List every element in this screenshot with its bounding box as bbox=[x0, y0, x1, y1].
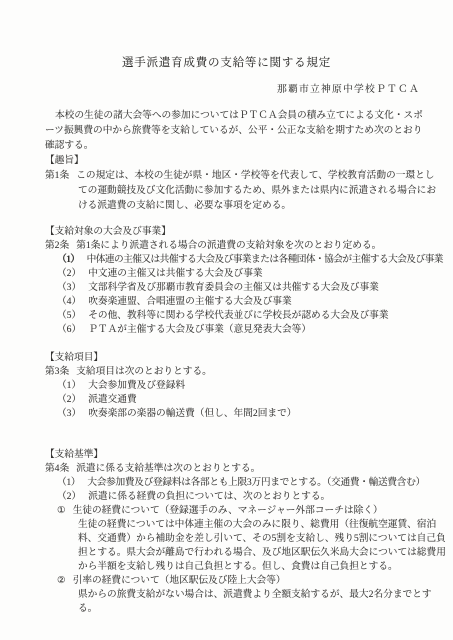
item-text: 派遣交通費 bbox=[88, 394, 136, 405]
item-text: 中文連の主催又は共催する大会及び事業 bbox=[88, 268, 262, 279]
item-text: 文部科学省及び那覇市教育委員会の主催又は共催する大会及び事業 bbox=[88, 282, 379, 293]
sub-clause-student-expenses: ①生徒の経費について（登録選手のみ、マネージャー外部コーチは除く） 生徒の経費に… bbox=[57, 504, 453, 574]
article-3-number: 第3条 bbox=[45, 366, 69, 377]
list-item: （2）派遣に係る経費の負担については、次のとおりとする。 bbox=[57, 490, 453, 504]
list-item: （6）ＰＴＡが主催する大会及び事業（意見発表大会等） bbox=[57, 323, 453, 337]
list-item: （5）その他、教科等に関わる学校代表並びに学校長が認める大会及び事業 bbox=[57, 309, 453, 323]
list-item: （2）派遣交通費 bbox=[57, 393, 453, 407]
sub-clause-head: ②引率の経費について（地区駅伝及び陸上大会等） bbox=[57, 574, 453, 588]
sub-clause-number: ② bbox=[57, 575, 66, 586]
article-3: 第3条支給項目は次のとおりとする。 bbox=[45, 365, 438, 379]
list-item: （1）大会参加費及び登録料は各部とも上限3万円までとする。（交通費・輸送費含む） bbox=[57, 476, 453, 490]
list-item: （4）吹奏楽連盟、合唱連盟の主催する大会及び事業 bbox=[57, 295, 453, 309]
item-number: （2） bbox=[57, 394, 81, 405]
item-number: （6） bbox=[57, 324, 81, 335]
article-3-text: 支給項目は次のとおりとする。 bbox=[76, 366, 212, 377]
item-text: ＰＴＡが主催する大会及び事業（意見発表大会等） bbox=[88, 324, 311, 335]
article-2-text: 第1条により派遣される場合の派遣費の支給対象を次のとおり定める。 bbox=[76, 240, 381, 251]
article-2: 第2条第1条により派遣される場合の派遣費の支給対象を次のとおり定める。 bbox=[45, 239, 438, 253]
item-text: 大会参加費及び登録料 bbox=[88, 380, 185, 391]
item-number: （1） bbox=[57, 380, 81, 391]
document-title: 選手派遣育成費の支給等に関する規定 bbox=[0, 54, 453, 70]
article-1-number: 第1条 bbox=[45, 170, 69, 181]
item-number: （2） bbox=[57, 491, 81, 502]
article-2-number: 第2条 bbox=[45, 240, 69, 251]
item-text: 吹奏楽部の楽器の輸送費（但し、年間2回まで） bbox=[88, 408, 296, 419]
item-number: （1） bbox=[57, 477, 80, 488]
item-number: （1） bbox=[57, 254, 80, 265]
list-item: （1）中体連の主催又は共催する大会及び事業または各種団体・協会が主催する大会及び… bbox=[57, 253, 453, 267]
section-payment-standards: 【支給基準】 第4条派遣に係る支給基準は次のとおりとする。 （1）大会参加費及び… bbox=[45, 448, 453, 616]
item-number: （4） bbox=[57, 296, 81, 307]
section-payment-items-heading: 【支給項目】 bbox=[45, 351, 453, 365]
item-number: （5） bbox=[57, 310, 81, 321]
item-text: 中体連の主催又は共催する大会及び事業または各種団体・協会が主催する大会及び事業 bbox=[87, 254, 443, 265]
section-purpose: 【趣旨】 第1条この規定は、本校の生徒が県・地区・学校等を代表して、学校教育活動… bbox=[45, 153, 453, 213]
item-text: 派遣に係る経費の負担については、次のとおりとする。 bbox=[88, 491, 330, 502]
list-item: （3）文部科学省及び那覇市教育委員会の主催又は共催する大会及び事業 bbox=[57, 281, 453, 295]
section-eligible-events-heading: 【支給対象の大会及び事業】 bbox=[45, 225, 453, 239]
sub-clause-body: 生徒の経費については中体連主催の大会のみに限り、総費用（往復航空運賃、宿泊料、交… bbox=[78, 518, 447, 574]
section-purpose-heading: 【趣旨】 bbox=[45, 153, 453, 168]
section-payment-standards-heading: 【支給基準】 bbox=[45, 448, 453, 462]
list-item: （2）中文連の主催又は共催する大会及び事業 bbox=[57, 267, 453, 281]
item-number: （3） bbox=[57, 282, 81, 293]
section-payment-items: 【支給項目】 第3条支給項目は次のとおりとする。 （1）大会参加費及び登録料 （… bbox=[45, 351, 453, 421]
document-page: 選手派遣育成費の支給等に関する規定 那覇市立神原中学校ＰＴＣＡ 本校の生徒の諸大… bbox=[0, 0, 453, 640]
item-number: （2） bbox=[57, 268, 81, 279]
section-eligible-events: 【支給対象の大会及び事業】 第2条第1条により派遣される場合の派遣費の支給対象を… bbox=[45, 225, 453, 337]
list-item: （3）吹奏楽部の楽器の輸送費（但し、年間2回まで） bbox=[57, 407, 453, 421]
organization-name: 那覇市立神原中学校ＰＴＣＡ bbox=[0, 81, 420, 95]
preamble-paragraph: 本校の生徒の諸大会等への参加についてはＰＴＣＡ会員の積み立てによる文化・スポーツ… bbox=[45, 108, 425, 153]
sub-clause-chaperone-expenses: ②引率の経費について（地区駅伝及び陸上大会等） 県からの旅費支給がない場合は、派… bbox=[57, 574, 453, 616]
item-text: 大会参加費及び登録料は各部とも上限3万円までとする。（交通費・輸送費含む） bbox=[87, 477, 425, 488]
item-text: その他、教科等に関わる学校代表並びに学校長が認める大会及び事業 bbox=[88, 310, 388, 321]
sub-clause-head-text: 生徒の経費について（登録選手のみ、マネージャー外部コーチは除く） bbox=[73, 505, 383, 516]
item-number: （3） bbox=[57, 408, 81, 419]
article-4-text: 派遣に係る支給基準は次のとおりとする。 bbox=[76, 463, 260, 474]
article-4-number: 第4条 bbox=[45, 463, 69, 474]
article-1-text: この規定は、本校の生徒が県・地区・学校等を代表して、学校教育活動の一環としての運… bbox=[76, 170, 436, 211]
item-text: 吹奏楽連盟、合唱連盟の主催する大会及び事業 bbox=[88, 296, 291, 307]
sub-clause-body: 県からの旅費支給がない場合は、派遣費より全額支給するが、最大2名分までとする。 bbox=[78, 588, 447, 616]
sub-clause-head-text: 引率の経費について（地区駅伝及び陸上大会等） bbox=[73, 575, 286, 586]
article-4: 第4条派遣に係る支給基準は次のとおりとする。 bbox=[45, 462, 438, 476]
article-1: 第1条この規定は、本校の生徒が県・地区・学校等を代表して、学校教育活動の一環とし… bbox=[45, 168, 438, 213]
sub-clause-number: ① bbox=[57, 505, 66, 516]
list-item: （1）大会参加費及び登録料 bbox=[57, 379, 453, 393]
sub-clause-head: ①生徒の経費について（登録選手のみ、マネージャー外部コーチは除く） bbox=[57, 504, 453, 518]
